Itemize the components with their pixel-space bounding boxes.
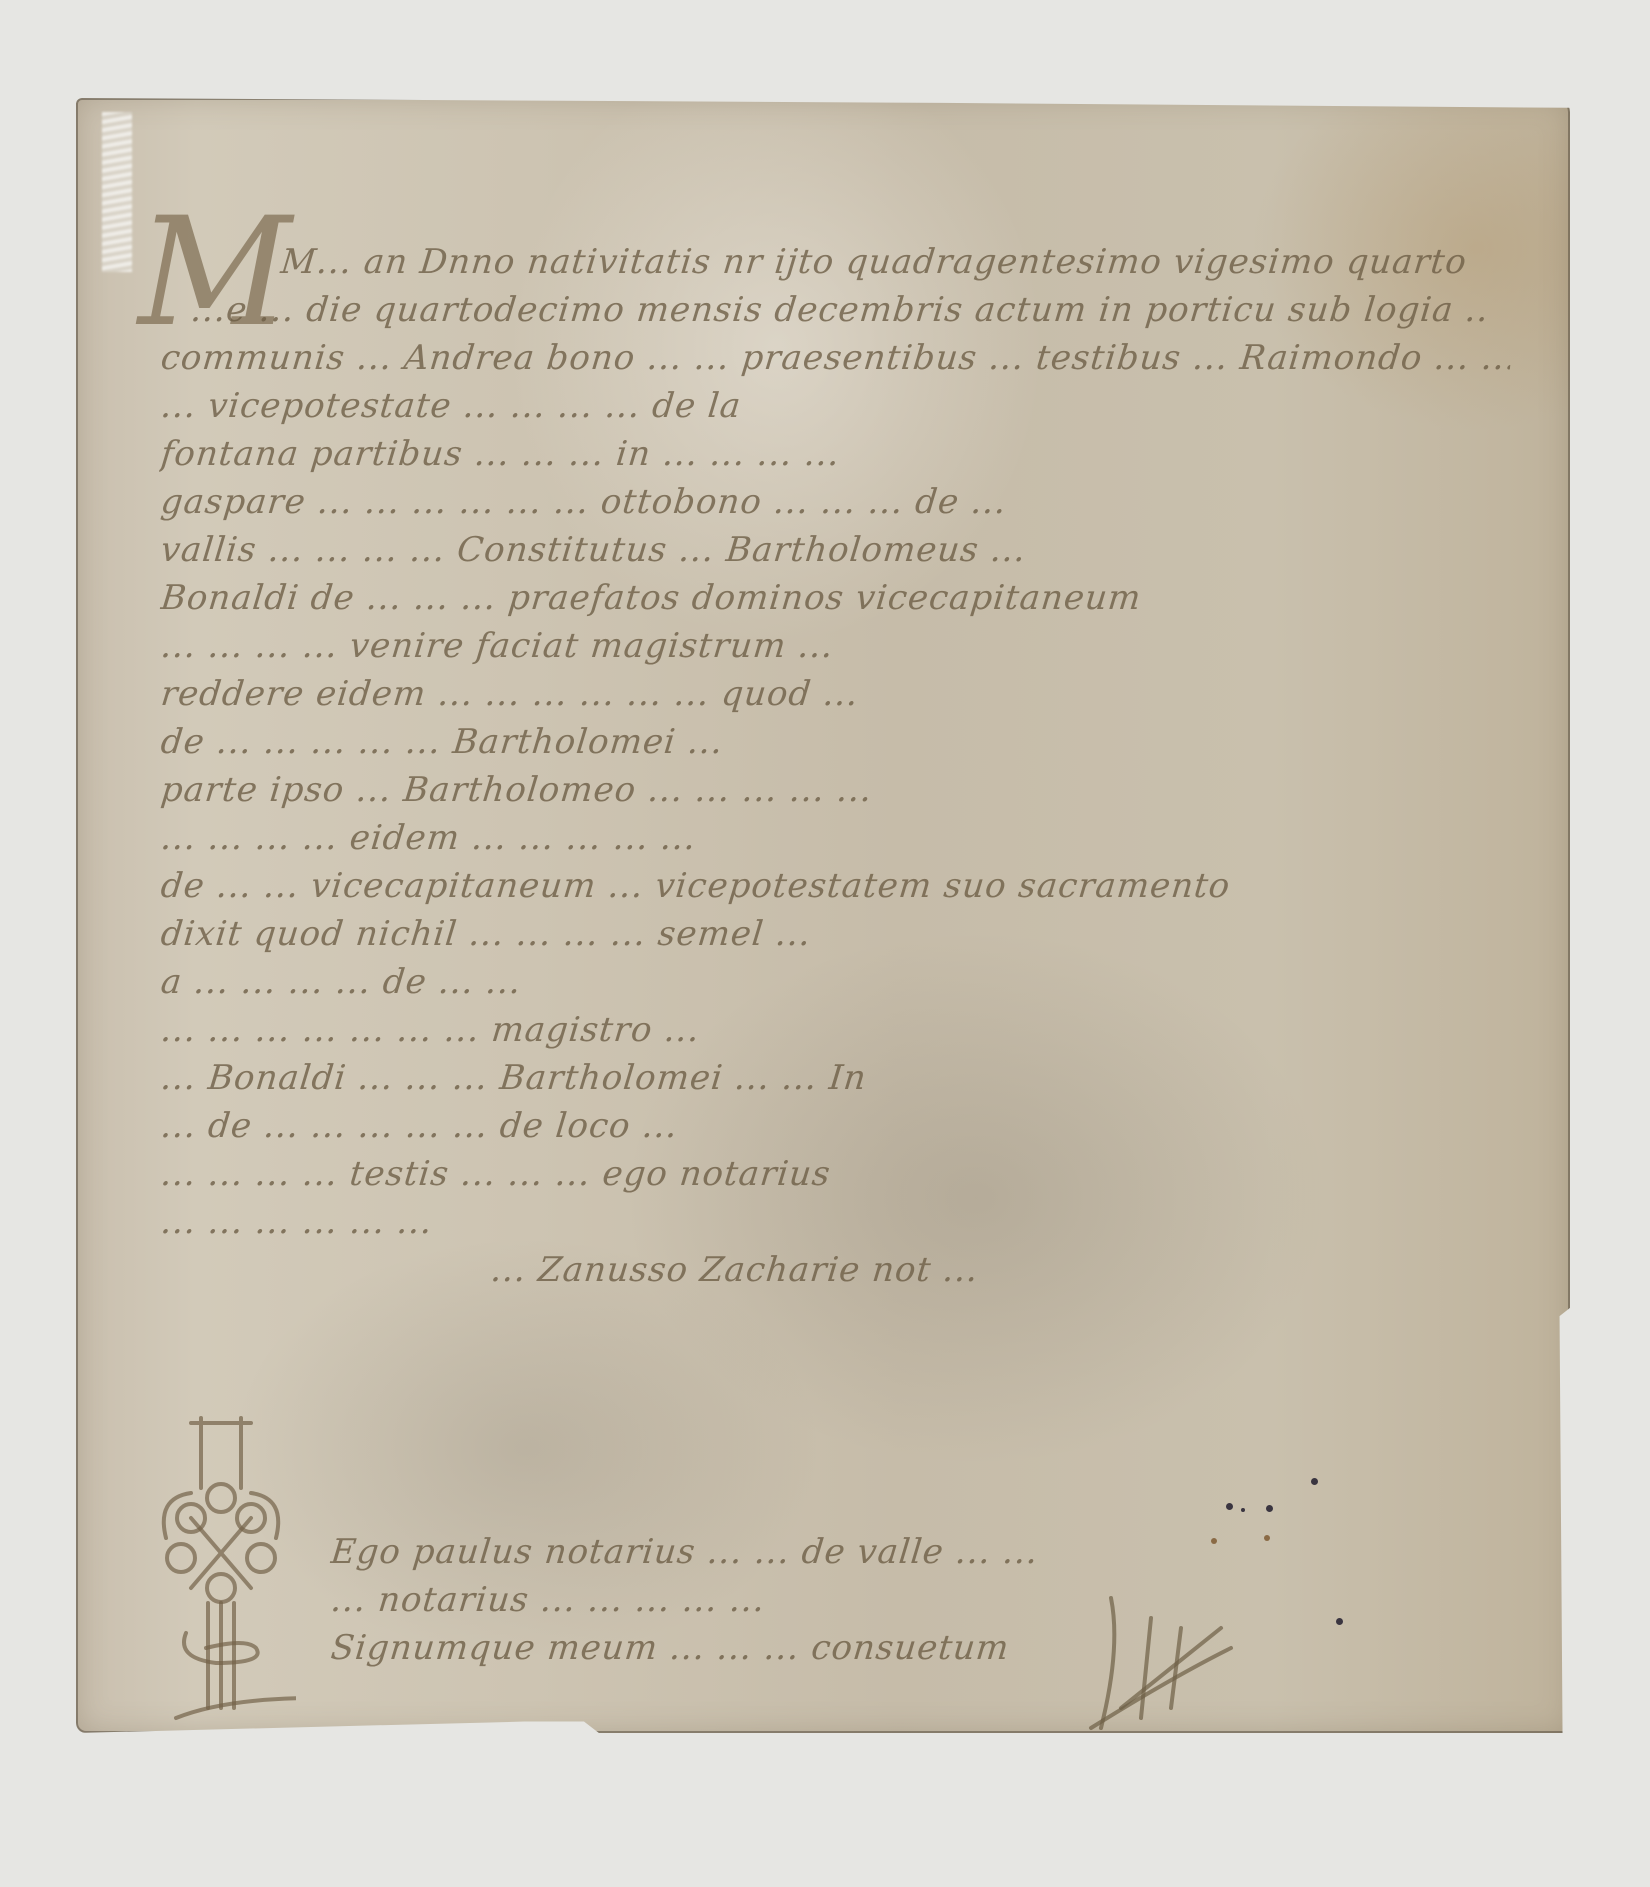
text-line: fontana partibus ... ... ... in ... ... … [158,430,1513,478]
text-line: ... ... ... ... ... ... [158,1198,1513,1246]
text-line: ... ... ... ... venire faciat magistrum … [158,622,1513,670]
abrasion-mark [102,112,132,272]
text-line: reddere eidem ... ... ... ... ... ... qu… [158,670,1513,718]
text-line: parte ipso ... Bartholomeo ... ... ... .… [158,766,1513,814]
parchment-sheet: M M... an Dnno nativitatis nr ijto quadr… [76,98,1570,1733]
text-line: ... ... ... ... eidem ... ... ... ... ..… [158,814,1513,862]
text-line: de ... ... ... ... ... Bartholomei ... [158,718,1513,766]
text-line: de ... ... vicecapitaneum ... vicepotest… [158,862,1513,910]
text-line: ... de ... ... ... ... ... de loco ... [158,1102,1513,1150]
text-line: gaspare ... ... ... ... ... ... ottobono… [158,478,1513,526]
text-line: ... vicepotestate ... ... ... ... de la [158,382,1513,430]
text-line: ... ... ... ... testis ... ... ... ego n… [158,1150,1513,1198]
text-line: M... an Dnno nativitatis nr ijto quadrag… [158,238,1513,286]
text-line: ... Bonaldi ... ... ... Bartholomei ... … [158,1054,1513,1102]
subscription-line: Ego paulus notarius ... ... de valle ...… [328,1528,1333,1576]
notary-signum-icon [146,1398,296,1728]
text-line: ... ... ... ... ... ... ... magistro ... [158,1006,1513,1054]
text-line: vallis ... ... ... ... Constitutus ... B… [158,526,1513,574]
signature-flourish-icon [1081,1588,1261,1738]
closing-line: ... Zanusso Zacharie not ... [158,1246,1513,1294]
text-line: a ... ... ... ... de ... ... [158,958,1513,1006]
document-body: M... an Dnno nativitatis nr ijto quadrag… [161,238,1511,1294]
text-line: dixit quod nichil ... ... ... ... semel … [158,910,1513,958]
text-line: Bonaldi de ... ... ... praefatos dominos… [158,574,1513,622]
text-line: ...e ... die quartodecimo mensis decembr… [158,286,1513,334]
text-line: communis ... Andrea bono ... ... praesen… [158,334,1513,382]
